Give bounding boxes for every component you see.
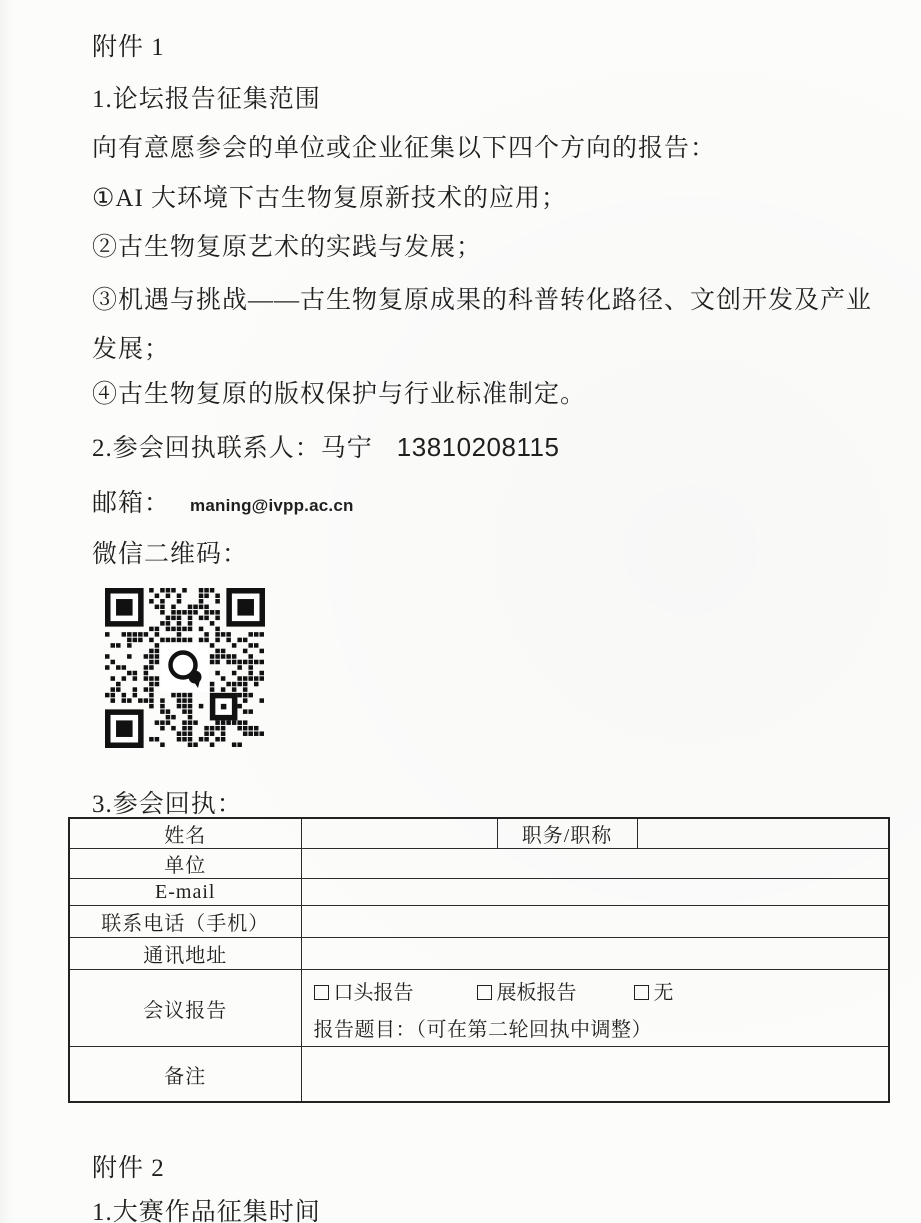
topic-item-2: ②古生物复原艺术的实践与发展； [92, 227, 482, 263]
report-label: 会议报告 [69, 970, 301, 1047]
checkbox-oral-report-icon [314, 985, 329, 1000]
attachment1-title: 附件 1 [92, 27, 165, 63]
email-label: 邮箱： [92, 490, 170, 517]
forum-scope-heading: 1.论坛报告征集范围 [92, 79, 321, 115]
report-title-note: 报告题目：（可在第二轮回执中调整） [314, 1013, 889, 1042]
receipt-table: 姓名 职务/职称 单位 E-mail 联系电话（手机） 通讯地址 会议报告 口头… [68, 817, 890, 1103]
option-poster-report: 展板报告 [477, 976, 577, 1005]
contact-name: 马宁 [321, 435, 373, 462]
table-row-remark: 备注 [69, 1047, 889, 1103]
organization-field [301, 849, 889, 879]
email-row-label: E-mail [69, 879, 301, 906]
checkbox-poster-report-icon [477, 985, 492, 1000]
name-field [301, 818, 497, 849]
phone-row-label: 联系电话（手机） [69, 906, 301, 938]
address-label: 通讯地址 [69, 938, 301, 970]
contact-label: 2.参会回执联系人： [92, 435, 321, 462]
contact-line: 2.参会回执联系人：马宁13810208115 [92, 428, 559, 464]
report-cell: 口头报告 展板报告 无 报告题目：（可在第二轮回执中调整） [301, 970, 889, 1047]
forum-intro: 向有意愿参会的单位或企业征集以下四个方向的报告： [92, 128, 716, 164]
scanned-document-page: 附件 1 1.论坛报告征集范围 向有意愿参会的单位或企业征集以下四个方向的报告：… [0, 0, 921, 1223]
receipt-heading: 3.参会回执： [92, 784, 243, 820]
option-none: 无 [634, 976, 674, 1005]
table-row-name: 姓名 职务/职称 [69, 818, 889, 849]
contest-time-heading: 1.大赛作品征集时间 [92, 1192, 321, 1223]
table-row-email: E-mail [69, 879, 889, 906]
name-label: 姓名 [69, 818, 301, 849]
wechat-bubble-icon [161, 644, 209, 692]
topic-item-1: ①AI 大环境下古生物复原新技术的应用； [92, 178, 567, 214]
option-oral-report: 口头报告 [314, 976, 414, 1005]
remark-label: 备注 [69, 1047, 301, 1103]
wechat-qr-code [105, 588, 265, 748]
address-field [301, 938, 889, 970]
table-row-organization: 单位 [69, 849, 889, 879]
table-row-address: 通讯地址 [69, 938, 889, 970]
title-field [637, 818, 889, 849]
title-label: 职务/职称 [497, 818, 637, 849]
remark-field [301, 1047, 889, 1103]
organization-label: 单位 [69, 849, 301, 879]
email-address: maning@ivpp.ac.cn [190, 496, 354, 515]
topic-item-4: ④古生物复原的版权保护与行业标准制定。 [92, 374, 586, 410]
phone-row-field [301, 906, 889, 938]
option-none-label: 无 [654, 982, 674, 1004]
table-row-phone: 联系电话（手机） [69, 906, 889, 938]
contact-phone: 13810208115 [397, 432, 560, 462]
report-options: 口头报告 展板报告 无 [314, 976, 889, 1005]
checkbox-none-icon [634, 985, 649, 1000]
attachment2-title: 附件 2 [92, 1148, 165, 1184]
table-row-report: 会议报告 口头报告 展板报告 无 报告题目：（可在第二轮回执中调整） [69, 970, 889, 1047]
email-row-field [301, 879, 889, 906]
wechat-qr-label: 微信二维码： [92, 534, 248, 570]
email-line: 邮箱：maning@ivpp.ac.cn [92, 483, 354, 519]
topic-item-3: ③机遇与挑战——古生物复原成果的科普转化路径、文创开发及产业发展； [92, 276, 878, 374]
option-poster-report-label: 展板报告 [497, 982, 577, 1004]
option-oral-report-label: 口头报告 [334, 982, 414, 1004]
